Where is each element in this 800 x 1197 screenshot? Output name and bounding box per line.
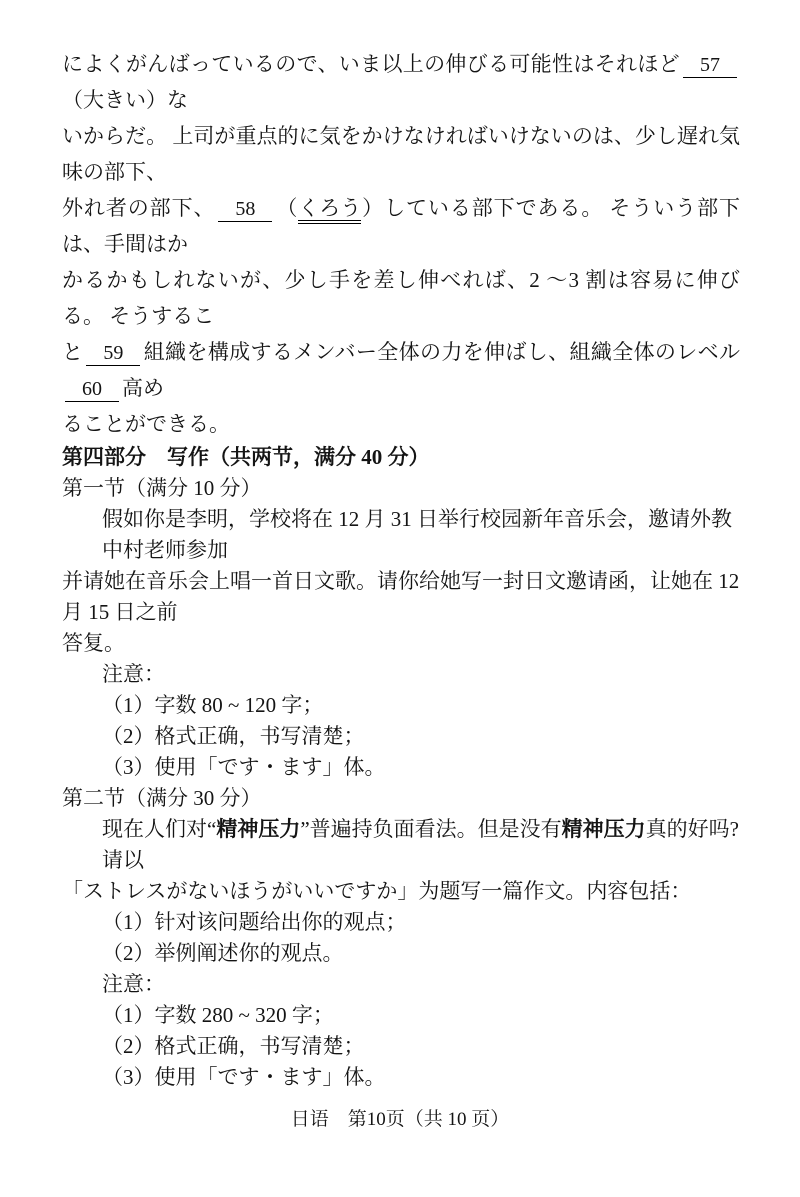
part1-note-item: （1）字数 80 ~ 120 字； [62,690,740,721]
passage-line: によくがんばっているので、いま以上の伸びる可能性はそれほど57（大きい）な [62,46,740,118]
blank-58: 58 [218,198,272,222]
text-segment: 现在人们对“ [102,817,216,841]
passage-line: ることができる。 [62,406,740,442]
part2-paragraph-line: 「ストレスがないほうがいいですか」为题写一篇作文。内容包括： [62,876,740,907]
text-segment: によくがんばっているので、いま以上の伸びる可能性はそれほど [62,52,680,76]
part1-paragraph-line: 答复。 [62,628,740,659]
exam-page: によくがんばっているので、いま以上の伸びる可能性はそれほど57（大きい）な いか… [0,0,800,1197]
passage-line: いからだ。 上司が重点的に気をかけなければいけないのは、少し遅れ気味の部下、 [62,118,740,190]
section-4-writing: 第四部分 写作（共两节，满分 40 分） 第一节（满分 10 分） 假如你是李明… [62,442,740,1093]
cloze-passage: によくがんばっているので、いま以上の伸びる可能性はそれほど57（大きい）な いか… [62,46,740,442]
part2-paragraph-line: 现在人们对“精神压力”普遍持负面看法。但是没有精神压力真的好吗? 请以 [62,814,740,876]
passage-line: かるかもしれないが、少し手を差し伸べれば、2 ～3 割は容易に伸びる。 そうする… [62,262,740,334]
double-underlined-word: くろう [298,196,361,224]
text-segment: 外れ者の部下、 [62,196,215,220]
bold-term: 精神压力 [562,817,646,841]
part1-note-label: 注意： [62,659,740,690]
text-segment: 高め [122,376,164,400]
part2-note-item: （3）使用「です・ます」体。 [62,1062,740,1093]
text-segment: かるかもしれないが、少し手を差し伸べれば、2 ～3 割は容易に伸びる。 そうする… [62,268,740,328]
blank-60: 60 [65,378,119,402]
part1-paragraph-line: 并请她在音乐会上唱一首日文歌。请你给她写一封日文邀请函，让她在 12 月 15 … [62,566,740,628]
text-segment: いからだ。 上司が重点的に気をかけなければいけないのは、少し遅れ気味の部下、 [62,124,740,184]
part1-paragraph-line: 假如你是李明，学校将在 12 月 31 日举行校园新年音乐会，邀请外教中村老师参… [62,504,740,566]
part2-point-item: （1）针对该问题给出你的观点； [62,907,740,938]
passage-line: 外れ者の部下、58（くろう）している部下である。 そういう部下は、手間はか [62,190,740,262]
text-segment: （ [275,196,298,220]
text-segment: ることができる。 [62,412,230,436]
text-segment: （大きい）な [62,88,188,112]
text-segment: ”普遍持负面看法。但是没有 [300,817,561,841]
page-footer: 日语 第10页（共 10 页） [0,1106,800,1134]
blank-59: 59 [86,342,140,366]
part2-note-item: （1）字数 280 ~ 320 字； [62,1000,740,1031]
page-content: によくがんばっているので、いま以上の伸びる可能性はそれほど57（大きい）な いか… [62,46,740,1093]
text-segment: と [62,340,83,364]
bold-term: 精神压力 [216,817,300,841]
part1-title: 第一节（满分 10 分） [62,473,740,504]
part2-note-item: （2）格式正确，书写清楚； [62,1031,740,1062]
blank-57: 57 [683,54,737,78]
part2-point-item: （2）举例阐述你的观点。 [62,938,740,969]
text-segment: 組織を構成するメンバー全体の力を伸ばし、組織全体のレベル [143,340,740,364]
part2-note-label: 注意： [62,969,740,1000]
passage-line: と59組織を構成するメンバー全体の力を伸ばし、組織全体のレベル60高め [62,334,740,406]
section-heading: 第四部分 写作（共两节，满分 40 分） [62,442,740,473]
part1-note-item: （2）格式正确，书写清楚； [62,721,740,752]
part1-note-item: （3）使用「です・ます」体。 [62,752,740,783]
part2-title: 第二节（满分 30 分） [62,783,740,814]
